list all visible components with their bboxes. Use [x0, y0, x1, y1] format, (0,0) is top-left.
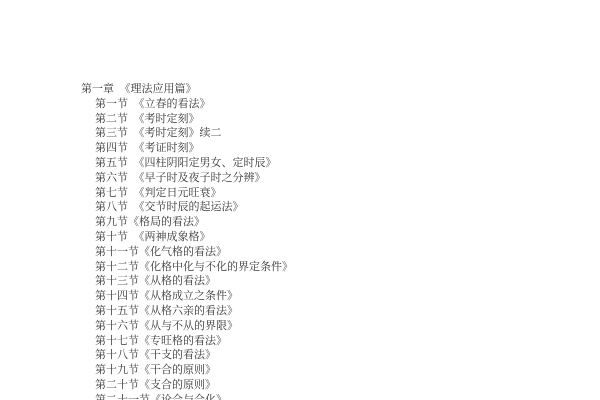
toc-section-line: 第五节 《四柱阴阳定男女、定时辰》 — [95, 156, 600, 171]
toc-section-line: 第二节 《考时定刻》 — [95, 112, 600, 127]
toc-section-line: 第九节《格局的看法》 — [95, 215, 600, 230]
toc-section-line: 第一节 《立春的看法》 — [95, 97, 600, 112]
toc-section-line: 第六节 《早子时及夜子时之分辨》 — [95, 171, 600, 186]
toc-section-line: 第十三节《从格的看法》 — [95, 274, 600, 289]
toc-section-line: 第十一节《化气格的看法》 — [95, 245, 600, 260]
toc-section-line: 第四节 《考证时刻》 — [95, 141, 600, 156]
toc-section-line: 第十八节《干支的看法》 — [95, 348, 600, 363]
toc-page: 第一章 《理法应用篇》 第一节 《立春的看法》 第二节 《考时定刻》 第三节 《… — [0, 0, 600, 400]
toc-section-line: 第二十一节《论合与合化》 — [95, 393, 600, 400]
toc-section-line: 第二十节《支合的原则》 — [95, 378, 600, 393]
toc-section-line: 第七节 《判定日元旺衰》 — [95, 186, 600, 201]
toc-section-line: 第十六节《从与不从的界限》 — [95, 319, 600, 334]
toc-section-line: 第十二节《化格中化与不化的界定条件》 — [95, 260, 600, 275]
chapter-heading: 第一章 《理法应用篇》 — [81, 82, 600, 97]
toc-section-line: 第十节 《两神成象格》 — [95, 230, 600, 245]
toc-section-line: 第八节 《交节时辰的起运法》 — [95, 200, 600, 215]
toc-section-line: 第十七节《专旺格的看法》 — [95, 334, 600, 349]
toc-section-line: 第十四节《从格成立之条件》 — [95, 289, 600, 304]
toc-section-line: 第三节 《考时定刻》续二 — [95, 126, 600, 141]
toc-section-line: 第十九节《干合的原则》 — [95, 363, 600, 378]
toc-section-line: 第十五节《从格六亲的看法》 — [95, 304, 600, 319]
